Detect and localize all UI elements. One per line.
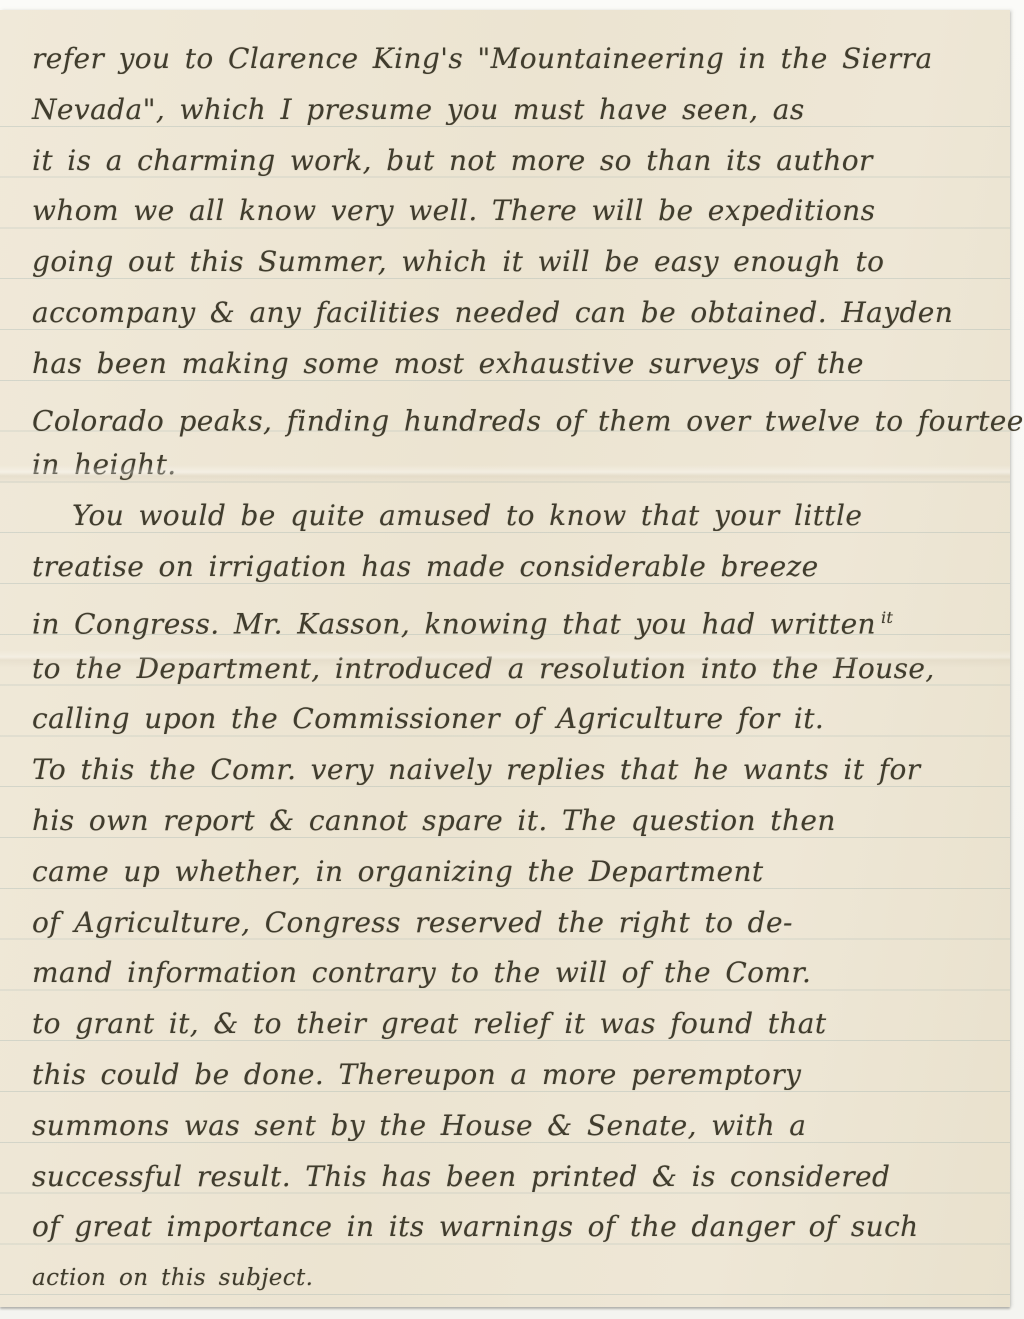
letter-sheet: refer you to Clarence King's "Mountainee… (0, 10, 1010, 1307)
line-text: in height. (32, 448, 177, 481)
letter-line: successful result. This has been printed… (32, 1152, 992, 1203)
letter-line: in height. (32, 440, 992, 491)
line-text: calling upon the Commissioner of Agricul… (32, 702, 824, 735)
letter-line: calling upon the Commissioner of Agricul… (32, 694, 992, 745)
line-text: Nevada", which I presume you must have s… (32, 93, 805, 126)
letter-line-paragraph-start: You would be quite amused to know that y… (32, 491, 992, 542)
letter-line: Colorado peaks, finding hundreds of them… (32, 390, 992, 441)
line-text: action on this subject. (32, 1265, 313, 1291)
inserted-word-it: it (881, 608, 893, 627)
line-text: To this the Comr. very naively replies t… (32, 753, 921, 786)
line-text: it is a charming work, but not more so t… (32, 144, 873, 177)
letter-line: whom we all know very well. There will b… (32, 186, 992, 237)
letter-line: mand information contrary to the will of… (32, 948, 992, 999)
letter-line: going out this Summer, which it will be … (32, 237, 992, 288)
line-text: to grant it, & to their great relief it … (32, 1007, 827, 1040)
line-text: accompany & any facilities needed can be… (32, 296, 953, 329)
line-text: in Congress. Mr. Kasson, knowing that yo… (32, 607, 876, 640)
letter-line: to grant it, & to their great relief it … (32, 999, 992, 1050)
line-text: treatise on irrigation has made consider… (32, 550, 819, 583)
line-text: his own report & cannot spare it. The qu… (32, 804, 836, 837)
letter-line: summons was sent by the House & Senate, … (32, 1101, 992, 1152)
letter-line: his own report & cannot spare it. The qu… (32, 796, 992, 847)
letter-line: it is a charming work, but not more so t… (32, 136, 992, 187)
line-text: Colorado peaks, finding hundreds of them… (32, 404, 1024, 437)
line-text: going out this Summer, which it will be … (32, 245, 884, 278)
line-text: to the Department, introduced a resoluti… (32, 652, 935, 685)
letter-line: action on this subject. (32, 1253, 992, 1304)
letter-line: To this the Comr. very naively replies t… (32, 745, 992, 796)
letter-line: has been making some most exhaustive sur… (32, 339, 992, 390)
letter-line: accompany & any facilities needed can be… (32, 288, 992, 339)
line-text: of great importance in its warnings of t… (32, 1210, 919, 1243)
letter-line: in Congress. Mr. Kasson, knowing that yo… (32, 593, 992, 644)
line-text: this could be done. Thereupon a more per… (32, 1058, 801, 1091)
line-text: whom we all know very well. There will b… (32, 194, 875, 227)
line-text: successful result. This has been printed… (32, 1160, 890, 1193)
letter-body: refer you to Clarence King's "Mountainee… (32, 34, 992, 1304)
line-text: mand information contrary to the will of… (32, 956, 811, 989)
letter-line: Nevada", which I presume you must have s… (32, 85, 992, 136)
line-text: has been making some most exhaustive sur… (32, 347, 864, 380)
letter-line: came up whether, in organizing the Depar… (32, 847, 992, 898)
letter-scan: refer you to Clarence King's "Mountainee… (0, 0, 1024, 1319)
letter-line: to the Department, introduced a resoluti… (32, 644, 992, 695)
letter-line: of great importance in its warnings of t… (32, 1202, 992, 1253)
letter-line: this could be done. Thereupon a more per… (32, 1050, 992, 1101)
letter-line: refer you to Clarence King's "Mountainee… (32, 34, 992, 85)
letter-line: of Agriculture, Congress reserved the ri… (32, 898, 992, 949)
line-text: came up whether, in organizing the Depar… (32, 855, 764, 888)
line-text: of Agriculture, Congress reserved the ri… (32, 906, 793, 939)
line-text: refer you to Clarence King's "Mountainee… (32, 42, 933, 75)
line-text: summons was sent by the House & Senate, … (32, 1109, 806, 1142)
line-text: You would be quite amused to know that y… (72, 499, 862, 532)
letter-line: treatise on irrigation has made consider… (32, 542, 992, 593)
